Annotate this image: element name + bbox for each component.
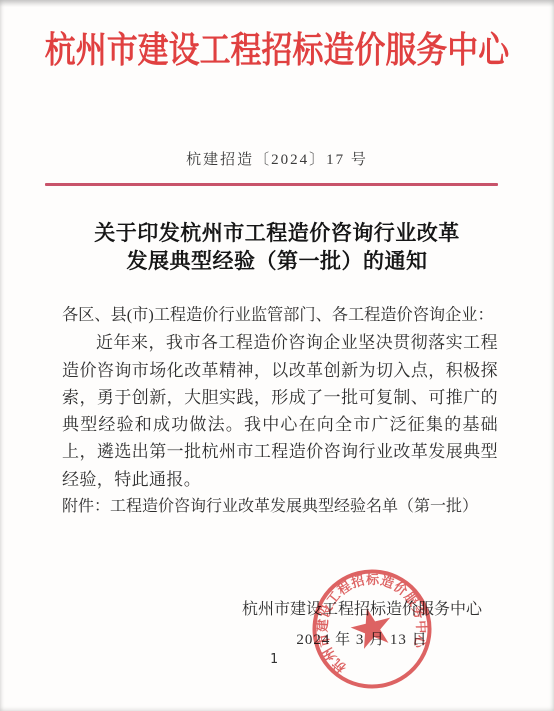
attachment-line: 附件：工程造价咨询行业改革发展典型经验名单（第一批） [62,493,498,520]
org-header-title: 杭州市建设工程招标造价服务中心 [39,22,515,73]
signature-org-name: 杭州市建设工程招标造价服务中心 [192,596,532,619]
signature-block: 杭州市建设工程招标造价服务中心 2024 年 3 月 13 日 [192,596,532,649]
doc-number: 杭建招造〔2024〕17 号 [0,148,554,169]
salutation-line: 各区、县(市)工程造价行业监管部门、各工程造价咨询企业： [62,302,498,329]
page-number: 1 [270,652,278,667]
document-page: 杭州市建设工程招标造价服务中心 杭建招造〔2024〕17 号 关于印发杭州市工程… [0,0,554,711]
attachment-label: 附件： [62,498,110,515]
signature-date: 2024 年 3 月 13 日 [192,628,532,649]
red-separator-line [45,183,498,186]
document-body: 各区、县(市)工程造价行业监管部门、各工程造价咨询企业： 近年来，我市各工程造价… [62,302,498,520]
body-paragraph: 近年来，我市各工程造价咨询企业坚决贯彻落实工程造价咨询市场化改革精神，以改革创新… [62,329,498,493]
title-line-2: 发展典型经验（第一批）的通知 [0,247,554,275]
document-title: 关于印发杭州市工程造价咨询行业改革 发展典型经验（第一批）的通知 [0,219,554,275]
title-line-1: 关于印发杭州市工程造价咨询行业改革 [0,219,554,247]
attachment-text: 工程造价咨询行业改革发展典型经验名单（第一批） [110,498,478,515]
